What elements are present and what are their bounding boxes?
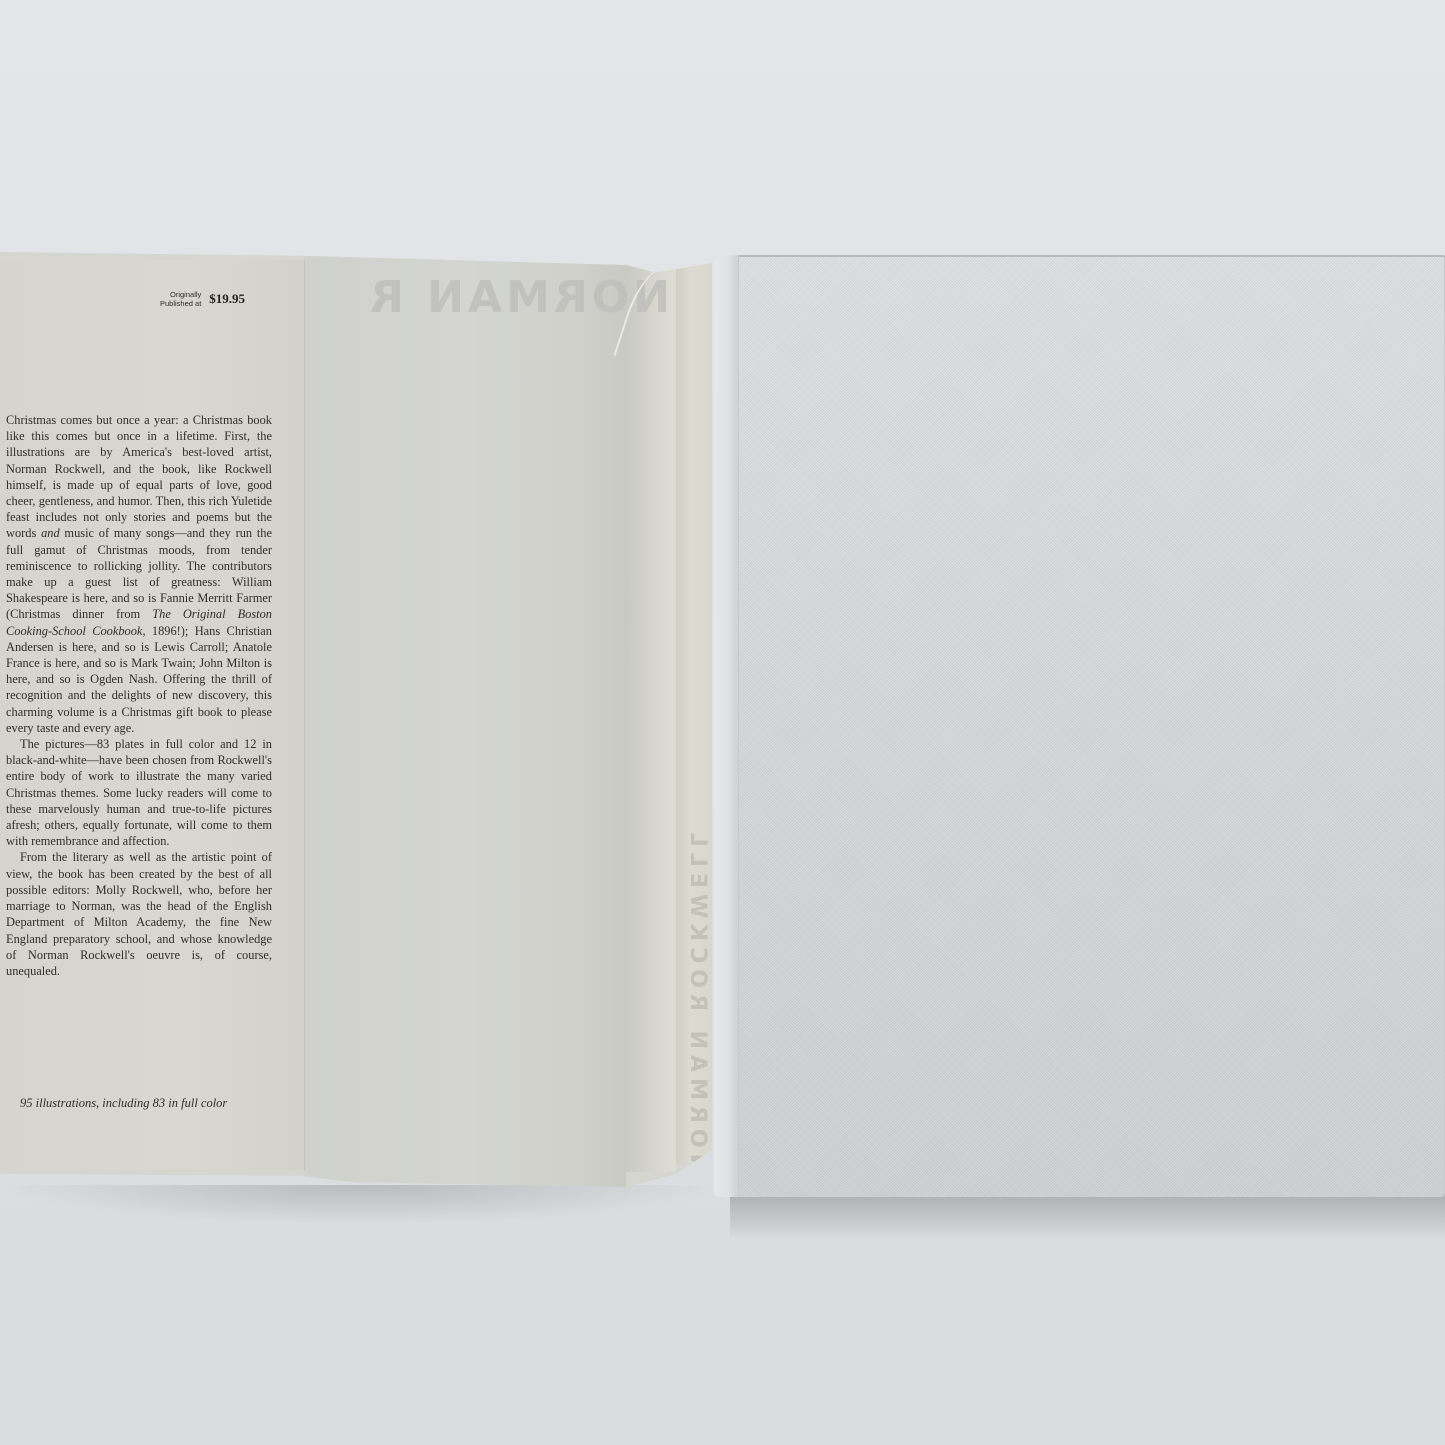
- jacket-inner-back: [304, 252, 626, 1187]
- jacket-shadow: [0, 1185, 720, 1225]
- price-block: Originally Published at $19.95: [160, 290, 245, 308]
- ghost-title-mirrored: NORMAN R: [330, 272, 670, 323]
- price-label-line2: Published at: [160, 299, 201, 308]
- blurb-paragraph-2: The pictures—83 plates in full color and…: [6, 736, 272, 849]
- jacket-flap: Originally Published at $19.95 Christmas…: [0, 260, 305, 1170]
- dust-jacket: NORMAN R NORMAN ROCKWELL Originally Publ…: [0, 252, 712, 1187]
- ghost-spine-title: NORMAN ROCKWELL: [680, 292, 710, 1172]
- illustrations-note: 95 illustrations, including 83 in full c…: [20, 1096, 227, 1111]
- flap-blurb: Christmas comes but once a year: a Chris…: [6, 412, 272, 979]
- photo-scene: NORMAN R NORMAN ROCKWELL Originally Publ…: [0, 0, 1445, 1445]
- jacket-fold: [626, 252, 676, 1172]
- price-label: Originally Published at: [160, 290, 201, 308]
- price-value: $19.95: [209, 291, 245, 307]
- blurb-paragraph-3: From the literary as well as the artisti…: [6, 849, 272, 979]
- blurb-paragraph-1: Christmas comes but once a year: a Chris…: [6, 412, 272, 736]
- hardcover-book: [714, 255, 1445, 1197]
- book-shadow: [730, 1190, 1445, 1240]
- book-spine-edge: [714, 255, 739, 1197]
- price-label-line1: Originally: [160, 290, 201, 299]
